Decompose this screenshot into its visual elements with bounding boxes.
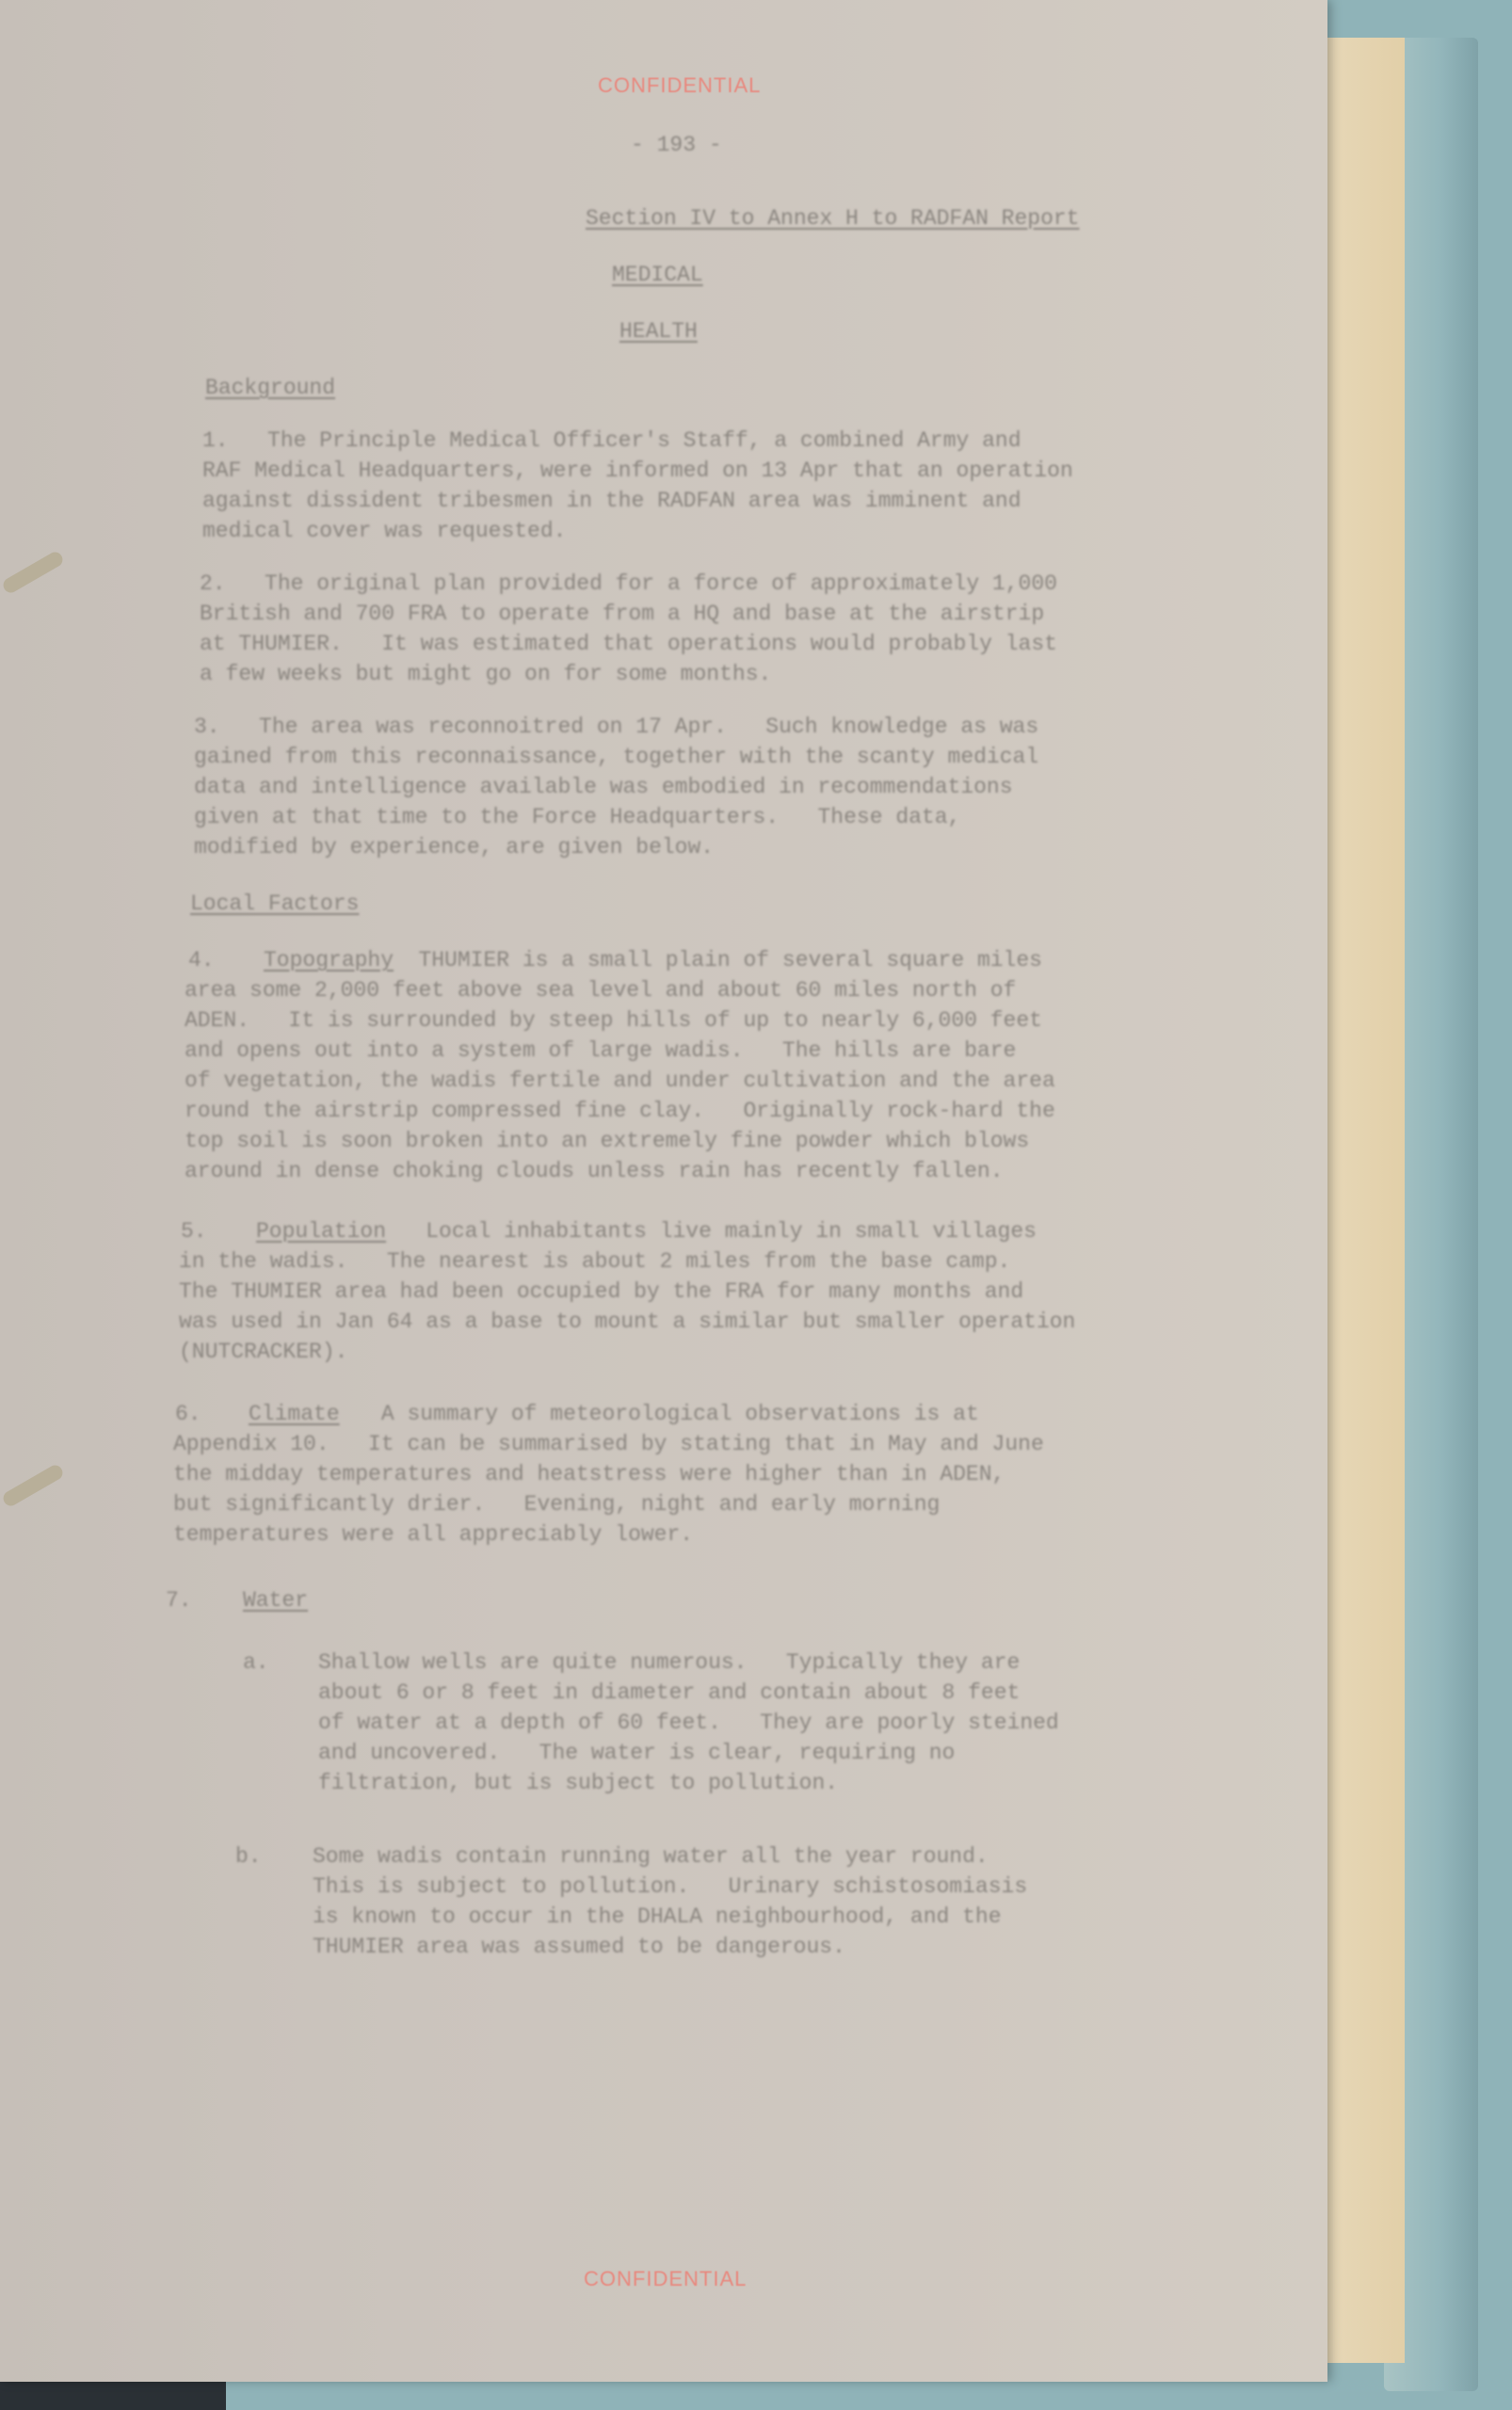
section-heading: Section IV to Annex H to RADFAN Report (586, 203, 1080, 233)
title-health: HEALTH (619, 316, 698, 346)
document-page: CONFIDENTIAL - 193 - Section IV to Annex… (0, 0, 1327, 2382)
heading-local-factors: Local Factors (190, 889, 359, 919)
paragraph-7a-label: a. (243, 1647, 269, 1678)
paragraph-4: 4. Topography. THUMIER is a small plain … (185, 945, 1055, 1186)
page-number: - 193 - (631, 130, 722, 160)
paragraph-7b: Some wadis contain running water all the… (313, 1841, 1027, 1962)
confidential-stamp-bottom: CONFIDENTIAL (584, 2267, 747, 2291)
paragraph-6: 6. Climate. A summary of meteorological … (173, 1399, 1044, 1550)
heading-background: Background (205, 373, 335, 403)
title-medical: MEDICAL (612, 260, 703, 290)
confidential-stamp-top: CONFIDENTIAL (598, 73, 761, 98)
paragraph-7a: Shallow wells are quite numerous. Typica… (318, 1647, 1059, 1798)
paragraph-7b-label: b. (235, 1841, 262, 1872)
paragraph-2: 2. The original plan provided for a forc… (200, 569, 1057, 689)
paragraph-5: 5. Population. Local inhabitants live ma… (179, 1216, 1075, 1367)
paragraph-1: 1. The Principle Medical Officer's Staff… (202, 426, 1073, 546)
paragraph-7-number: 7. (166, 1585, 192, 1615)
binder-ring-icon (1, 1463, 66, 1509)
binder-ring-icon (1, 550, 66, 596)
paragraph-3: 3. The area was reconnoitred on 17 Apr. … (194, 712, 1038, 862)
paragraph-7-heading: Water (243, 1585, 308, 1615)
